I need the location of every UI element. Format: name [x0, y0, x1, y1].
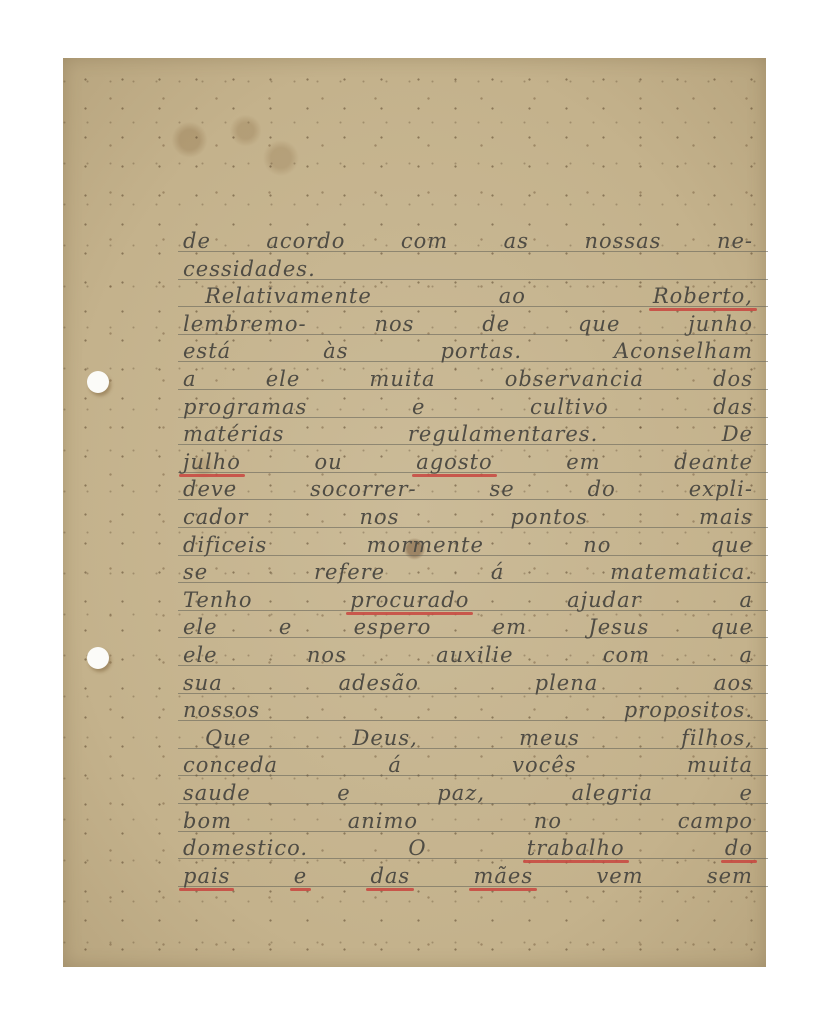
word: cador — [183, 505, 248, 529]
underlined-word: pais — [183, 864, 230, 888]
text-line: bomanimonocampo — [183, 805, 753, 833]
word: plena — [535, 671, 599, 695]
text-line: cessidades. — [183, 253, 753, 281]
text-line: saudeepaz,alegriae — [183, 777, 753, 805]
text-line: julhoouagostoemdeante — [183, 446, 753, 474]
underlined-word: procurado — [350, 588, 469, 612]
underlined-word: do — [725, 836, 753, 860]
underlined-word: e — [294, 864, 307, 888]
word: portas. — [440, 339, 522, 363]
word: a — [739, 643, 753, 667]
text-line: aelemuitaobservanciados — [183, 363, 753, 391]
word: ele — [183, 615, 218, 639]
word: Jesus — [588, 615, 649, 639]
text-line: cadornospontosmais — [183, 501, 753, 529]
text-line: estáàsportas.Aconselham — [183, 335, 753, 363]
word: e — [740, 781, 753, 805]
word: no — [583, 533, 611, 557]
word: ou — [314, 450, 342, 474]
underlined-word: agosto — [416, 450, 492, 474]
word: nos — [307, 643, 347, 667]
text-line: suaadesãoplenaaos — [183, 667, 753, 695]
word: De — [722, 422, 753, 446]
word: programas — [183, 395, 307, 419]
underlined-word: das — [370, 864, 410, 888]
word: as — [504, 229, 529, 253]
word: em — [566, 450, 600, 474]
word: se — [490, 477, 515, 501]
word: meus — [519, 726, 580, 750]
word: paz, — [437, 781, 485, 805]
word: e — [279, 615, 292, 639]
underlined-word: Roberto, — [653, 284, 753, 308]
word: á — [388, 753, 402, 777]
word: nossas — [584, 229, 661, 253]
word: matérias — [183, 422, 284, 446]
word: ao — [499, 284, 526, 308]
text-line: matériasregulamentares.De — [183, 418, 753, 446]
word: junho — [688, 312, 753, 336]
word: se — [183, 560, 208, 584]
word: deante — [674, 450, 753, 474]
word: dificeis — [183, 533, 267, 557]
word: mais — [699, 505, 753, 529]
punch-hole-top — [87, 371, 109, 393]
word: com — [603, 643, 650, 667]
text-line: domestico.Otrabalhodo — [183, 832, 753, 860]
word: á — [491, 560, 505, 584]
word: animo — [348, 809, 418, 833]
underlined-word: trabalho — [527, 836, 625, 860]
word: conceda — [183, 753, 278, 777]
word: que — [711, 615, 753, 639]
underlined-word: mães — [473, 864, 533, 888]
word: pontos — [510, 505, 587, 529]
text-line: serefereámatematica. — [183, 556, 753, 584]
word: Aconselham — [614, 339, 753, 363]
word: refere — [314, 560, 385, 584]
word: regulamentares. — [408, 422, 598, 446]
word: cultivo — [530, 395, 609, 419]
word: saude — [183, 781, 251, 805]
word: a — [183, 367, 197, 391]
word: que — [711, 533, 753, 557]
word: matematica. — [610, 560, 753, 584]
word: propositos. — [624, 698, 753, 722]
text-line: eleeesperoemJesusque — [183, 611, 753, 639]
text-line: QueDeus,meusfilhos, — [183, 722, 753, 750]
letter-page: deacordocomasnossasne-cessidades.Relativ… — [63, 58, 766, 967]
text-line: lembremo-nosdequejunho — [183, 308, 753, 336]
word: muita — [687, 753, 753, 777]
text-line: nossospropositos. — [183, 694, 753, 722]
word: vem — [596, 864, 643, 888]
text-line: deacordocomasnossasne- — [183, 225, 753, 253]
word: auxilie — [436, 643, 513, 667]
word: nos — [359, 505, 399, 529]
word: expli- — [689, 477, 753, 501]
word: vocês — [512, 753, 576, 777]
word: acordo — [266, 229, 345, 253]
word: sem — [707, 864, 753, 888]
text-line: RelativamenteaoRoberto, — [183, 280, 753, 308]
word: no — [534, 809, 562, 833]
word: com — [401, 229, 448, 253]
word: das — [713, 395, 753, 419]
text-line: dificeismormentenoque — [183, 529, 753, 557]
word: em — [493, 615, 527, 639]
word: e — [412, 395, 425, 419]
word: e — [337, 781, 350, 805]
word: Tenho — [183, 588, 253, 612]
word: nossos — [183, 698, 260, 722]
underlined-word: julho — [183, 450, 241, 474]
word: nos — [374, 312, 414, 336]
text-line: concedaávocêsmuita — [183, 749, 753, 777]
word: de — [183, 229, 211, 253]
word: ajudar — [567, 588, 642, 612]
word: ele — [183, 643, 218, 667]
word: mormente — [367, 533, 484, 557]
word: a — [739, 588, 753, 612]
word: O — [408, 836, 426, 860]
word: bom — [183, 809, 232, 833]
text-line: programasecultivodas — [183, 391, 753, 419]
word: socorrer- — [310, 477, 416, 501]
word: Relativamente — [205, 284, 372, 308]
word: alegria — [572, 781, 653, 805]
word: aos — [714, 671, 753, 695]
text-line: paisedasmãesvemsem — [183, 860, 753, 888]
word: sua — [183, 671, 223, 695]
word: adesão — [339, 671, 419, 695]
punch-hole-bottom — [87, 647, 109, 669]
word: filhos, — [681, 726, 753, 750]
word: às — [323, 339, 348, 363]
word: ele — [266, 367, 301, 391]
word: domestico. — [183, 836, 308, 860]
word: ne- — [717, 229, 753, 253]
text-line: elenosauxiliecoma — [183, 639, 753, 667]
word: deve — [183, 477, 237, 501]
word: muita — [369, 367, 435, 391]
word: que — [578, 312, 620, 336]
text-line: devesocorrer-sedoexpli- — [183, 473, 753, 501]
word: de — [482, 312, 510, 336]
word: observancia — [505, 367, 644, 391]
word: do — [588, 477, 616, 501]
word: dos — [713, 367, 753, 391]
word: cessidades. — [183, 257, 316, 281]
word: espero — [354, 615, 432, 639]
word: Que — [205, 726, 251, 750]
word: campo — [678, 809, 753, 833]
text-line: Tenhoprocuradoajudara — [183, 584, 753, 612]
word: Deus, — [353, 726, 418, 750]
word: está — [183, 339, 231, 363]
word: lembremo- — [183, 312, 307, 336]
